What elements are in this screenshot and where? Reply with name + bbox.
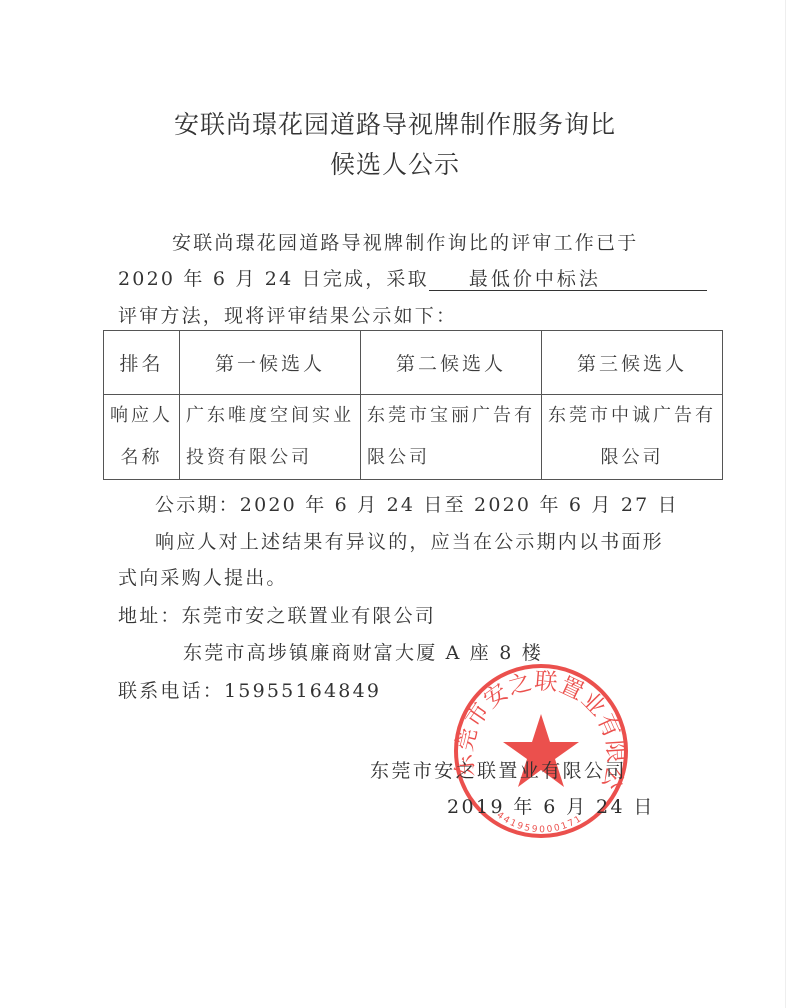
signature-date: 2019 年 6 月 24 日 (447, 792, 655, 819)
first-candidate-cell: 广东唯度空间实业 投资有限公司 (180, 395, 361, 480)
intro-line-2-prefix: 2020 年 6 月 24 日完成，采取 (118, 268, 429, 290)
signature-company: 东莞市安之联置业有限公司 (370, 756, 627, 783)
header-second-candidate: 第二候选人 (361, 331, 542, 395)
results-table: 排名 第一候选人 第二候选人 第三候选人 响应人 名称 广东唯度空间实业 投资有… (103, 330, 723, 480)
intro-line-2: 2020 年 6 月 24 日完成，采取最低价中标法 (118, 264, 707, 291)
second-candidate-cell: 东莞市宝丽广告有 限公司 (361, 395, 542, 480)
row-label: 响应人 名称 (104, 395, 180, 480)
row-label-line-2: 名称 (110, 437, 173, 479)
evaluation-method: 最低价中标法 (429, 268, 707, 291)
objection-line-2: 式向采购人提出。 (118, 563, 288, 590)
phone: 联系电话：15955164849 (118, 676, 381, 703)
third-candidate-cell: 东莞市中诚广告有 限公司 (542, 395, 723, 480)
table-header-row: 排名 第一候选人 第二候选人 第三候选人 (104, 331, 723, 395)
third-candidate-line-2: 限公司 (548, 437, 716, 479)
intro-line-1: 安联尚璟花园道路导视牌制作询比的评审工作已于 (172, 228, 638, 255)
objection-line-1: 响应人对上述结果有异议的，应当在公示期内以书面形 (155, 527, 664, 554)
header-third-candidate: 第三候选人 (542, 331, 723, 395)
table-row: 响应人 名称 广东唯度空间实业 投资有限公司 东莞市宝丽广告有 限公司 东莞市中… (104, 395, 723, 480)
first-candidate-line-1: 广东唯度空间实业 (186, 395, 354, 437)
third-candidate-line-1: 东莞市中诚广告有 (548, 395, 716, 437)
second-candidate-line-1: 东莞市宝丽广告有 (367, 395, 535, 437)
address-line-1: 地址：东莞市安之联置业有限公司 (118, 601, 436, 628)
title-line-2: 候选人公示 (0, 145, 790, 181)
header-rank: 排名 (104, 331, 180, 395)
first-candidate-line-2: 投资有限公司 (186, 437, 354, 479)
intro-line-3: 评审方法，现将评审结果公示如下： (118, 301, 457, 328)
publicity-period: 公示期：2020 年 6 月 24 日至 2020 年 6 月 27 日 (155, 490, 679, 517)
header-first-candidate: 第一候选人 (180, 331, 361, 395)
second-candidate-line-2: 限公司 (367, 437, 535, 479)
title-line-1: 安联尚璟花园道路导视牌制作服务询比 (0, 105, 790, 141)
address-line-2: 东莞市高埗镇廉商财富大厦 A 座 8 楼 (183, 638, 543, 665)
row-label-line-1: 响应人 (110, 395, 173, 437)
